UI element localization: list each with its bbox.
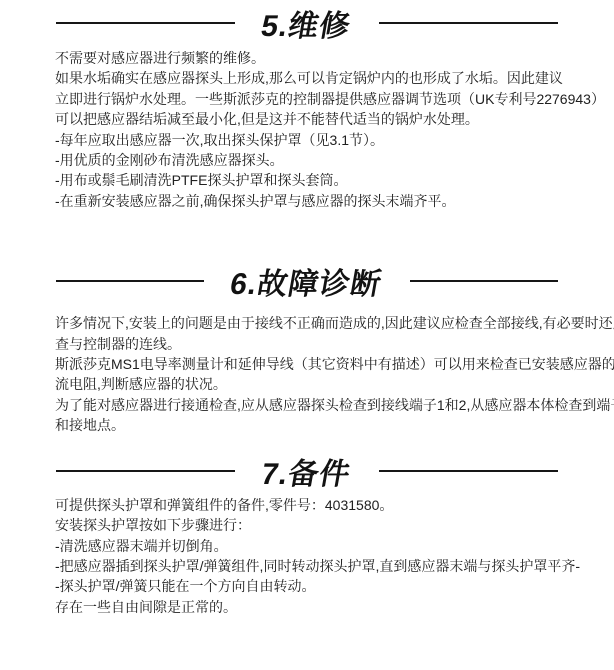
- heading-rule-right: [379, 470, 558, 472]
- paragraph-line: 斯派莎克MS1电导率测量计和延伸导线（其它资料中有描述）可以用来检查已安装感应器…: [55, 354, 589, 374]
- paragraph-line: 和接地点。: [55, 415, 589, 435]
- section-title-maintenance: 5.维修: [259, 1, 356, 45]
- paragraph-line: 可提供探头护罩和弹簧组件的备件,零件号：4031580。: [55, 495, 589, 515]
- section-heading-troubleshooting: 6.故障诊断: [56, 262, 558, 300]
- paragraph-line: 立即进行锅炉水处理。一些斯派莎克的控制器提供感应器调节选项（UK专利号22769…: [55, 89, 589, 109]
- heading-rule-left: [56, 280, 204, 282]
- paragraph-line: 不需要对感应器进行频繁的维修。: [55, 48, 589, 68]
- section-title-spare-parts: 7.备件: [259, 449, 356, 493]
- section-heading-spare-parts: 7.备件: [56, 452, 558, 490]
- bullet-line: -把感应器插到探头护罩/弹簧组件,同时转动探头护罩,直到感应器末端与探头护罩平齐…: [55, 556, 589, 576]
- section-body-maintenance: 不需要对感应器进行频繁的维修。 如果水垢确实在感应器探头上形成,那么可以肯定锅炉…: [55, 48, 589, 211]
- paragraph-line: 流电阻,判断感应器的状况。: [55, 374, 589, 394]
- section-body-spare-parts: 可提供探头护罩和弹簧组件的备件,零件号：4031580。 安装探头护罩按如下步骤…: [55, 495, 589, 617]
- heading-rule-right: [410, 280, 558, 282]
- paragraph-line: 如果水垢确实在感应器探头上形成,那么可以肯定锅炉内的也形成了水垢。因此建议: [55, 68, 589, 88]
- document-page: 5.维修 不需要对感应器进行频繁的维修。 如果水垢确实在感应器探头上形成,那么可…: [0, 0, 614, 670]
- heading-rule-left: [56, 22, 235, 24]
- paragraph-line: 可以把感应器结垢减至最小化,但是这并不能替代适当的锅炉水处理。: [55, 109, 589, 129]
- bullet-line: -每年应取出感应器一次,取出探头保护罩（见3.1节）。: [55, 130, 589, 150]
- paragraph-line: 许多情况下,安装上的问题是由于接线不正确而造成的,因此建议应检查全部接线,有必要…: [55, 313, 589, 333]
- heading-rule-right: [379, 22, 558, 24]
- paragraph-line: 为了能对感应器进行接通检查,应从感应器探头检查到接线端子1和2,从感应器本体检查…: [55, 395, 589, 415]
- bullet-line: -用优质的金刚砂布清洗感应器探头。: [55, 150, 589, 170]
- paragraph-line: 存在一些自由间隙是正常的。: [55, 597, 589, 617]
- bullet-line: -清洗感应器末端并切倒角。: [55, 536, 589, 556]
- bullet-line: -探头护罩/弹簧只能在一个方向自由转动。: [55, 576, 589, 596]
- heading-rule-left: [56, 470, 235, 472]
- paragraph-line: 安装探头护罩按如下步骤进行：: [55, 515, 589, 535]
- section-body-troubleshooting: 许多情况下,安装上的问题是由于接线不正确而造成的,因此建议应检查全部接线,有必要…: [55, 313, 589, 435]
- bullet-line: -在重新安装感应器之前,确保探头护罩与感应器的探头末端齐平。: [55, 191, 589, 211]
- paragraph-line: 查与控制器的连线。: [55, 334, 589, 354]
- section-heading-maintenance: 5.维修: [56, 4, 558, 42]
- section-title-troubleshooting: 6.故障诊断: [228, 259, 387, 303]
- bullet-line: -用布或鬃毛刷清洗PTFE探头护罩和探头套筒。: [55, 170, 589, 190]
